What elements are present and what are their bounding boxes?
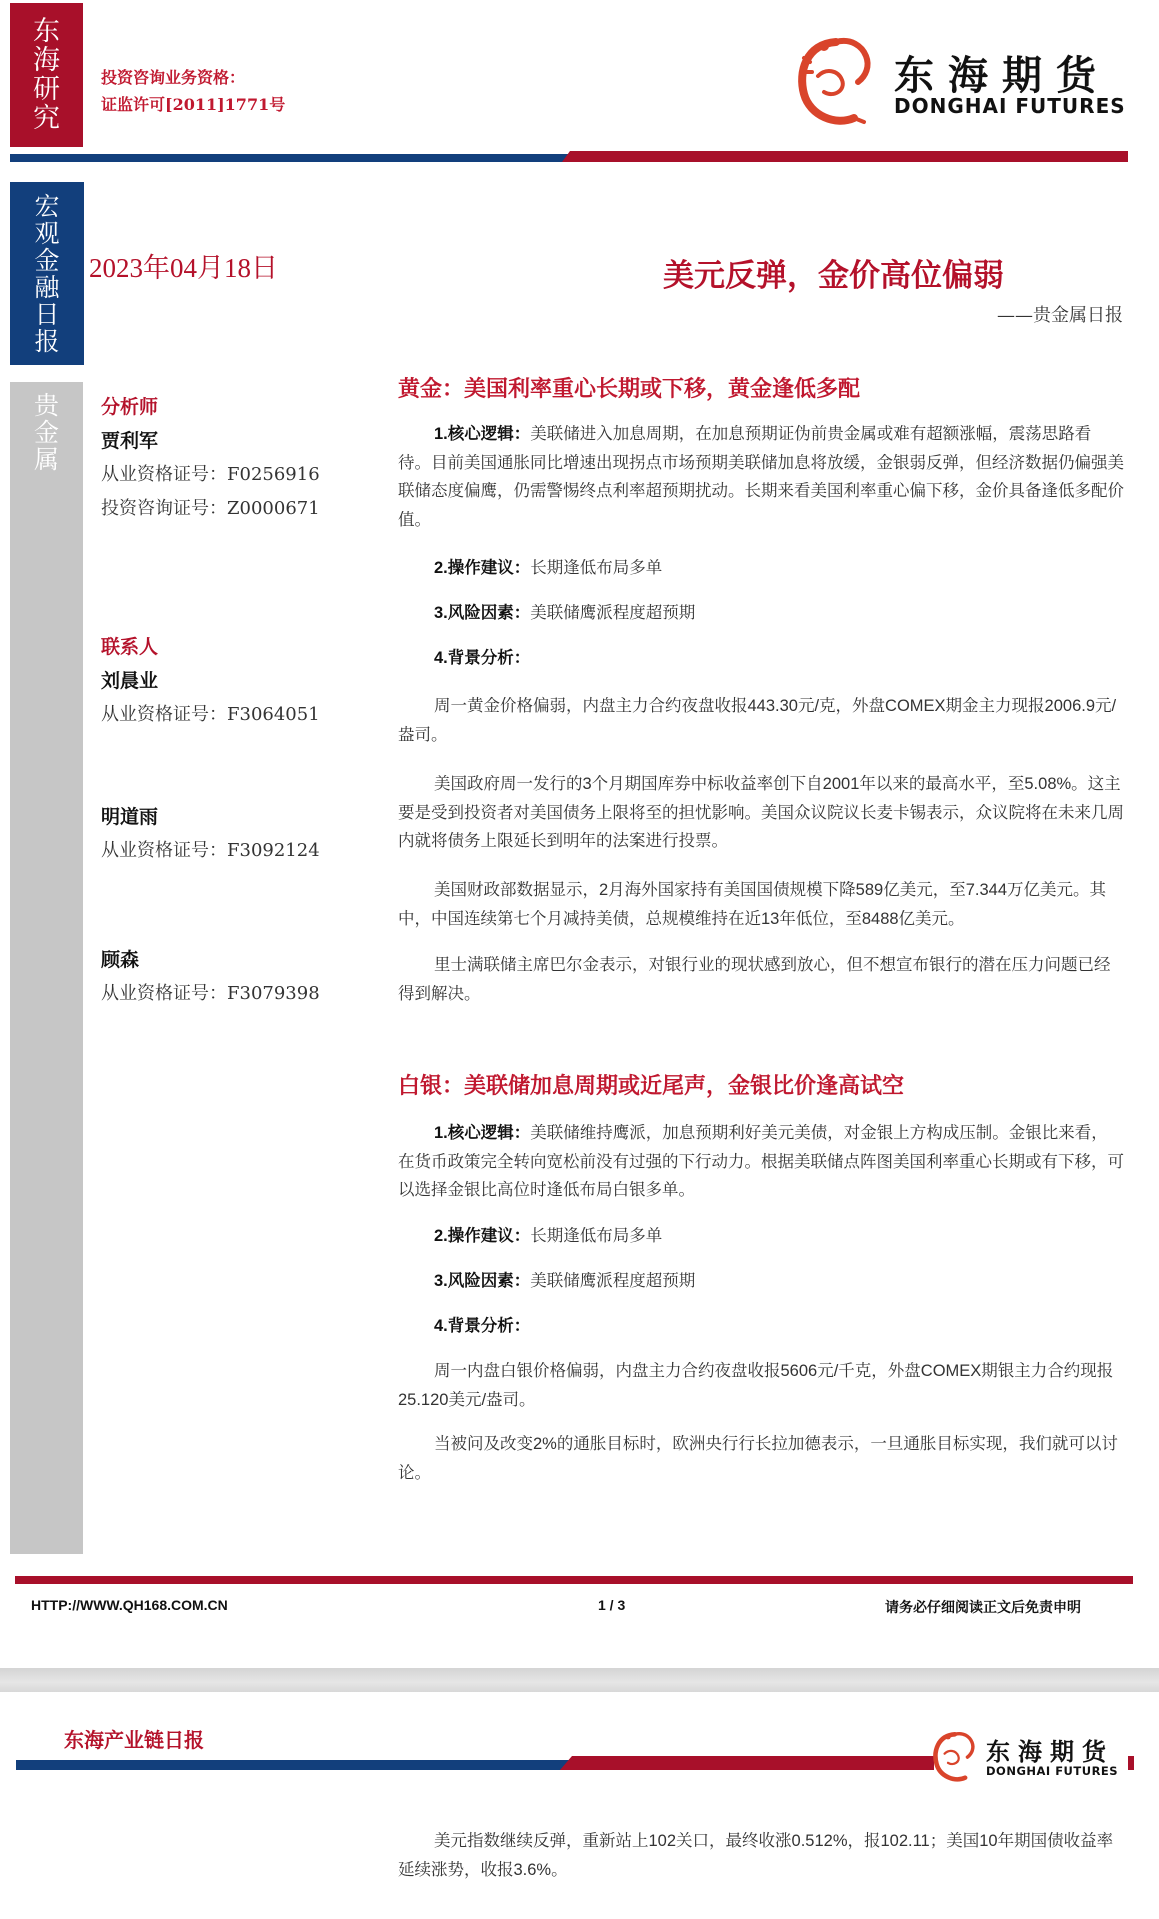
footer-url[interactable]: HTTP://WWW.QH168.COM.CN (31, 1597, 228, 1613)
category-tag: 宏 观 金 融 日 报 (10, 182, 84, 365)
silver-bg-paragraph: 当被问及改变2%的通胀目标时，欧洲央行行长拉加德表示，一旦通胀目标实现，我们就可… (398, 1430, 1124, 1487)
category-tag-char: 观 (34, 220, 59, 247)
paragraph-text: 美元指数继续反弹，重新站上102关口，最终收涨0.512%，报102.11；美国… (398, 1832, 1113, 1879)
sector-tag-char: 贵 (34, 392, 59, 419)
contact-cert: 从业资格证号：F3092124 (101, 836, 320, 870)
gold-risk-text: 美联储鹰派程度超预期 (530, 604, 695, 622)
gold-core-label: 1.核心逻辑： (434, 425, 530, 443)
research-tag: 东 海 研 究 (10, 3, 83, 147)
logo-english-name: DONGHAI FUTURES (986, 1764, 1118, 1778)
silver-background-label: 4.背景分析： (398, 1312, 1124, 1341)
silver-bg-label: 4.背景分析： (434, 1317, 530, 1335)
gold-bg-label: 4.背景分析： (434, 649, 530, 667)
silver-heading: 白银：美联储加息周期或近尾声，金银比价逢高试空 (398, 1069, 904, 1100)
silver-op-label: 2.操作建议： (434, 1227, 530, 1245)
research-tag-char: 海 (33, 46, 60, 75)
paragraph-text: 周一黄金价格偏弱，内盘主力合约夜盘收报443.30元/克，外盘COMEX期金主力… (398, 697, 1116, 744)
sector-tag-char: 金 (34, 419, 59, 446)
license-info: 投资咨询业务资格： 证监许可[2011]1771号 (101, 64, 285, 118)
dragon-logo-icon (932, 1724, 980, 1788)
analyst-cert-1: 从业资格证号：F0256916 (101, 460, 320, 494)
contact-name: 明道雨 (101, 802, 320, 836)
report-date: 2023年04月18日 (89, 246, 278, 285)
page2-divider-red (560, 1756, 934, 1770)
contact-cert: 从业资格证号：F3064051 (101, 700, 320, 734)
dragon-logo-icon (796, 32, 880, 128)
footer-divider (15, 1576, 1133, 1584)
research-tag-char: 东 (33, 17, 60, 46)
license-line-1: 投资咨询业务资格： (101, 64, 285, 91)
sector-tag-char: 属 (34, 446, 59, 473)
contact-block: 明道雨 从业资格证号：F3092124 (101, 802, 320, 870)
gold-core-logic: 1.核心逻辑：美联储进入加息周期，在加息预期证伪前贵金属或难有超额涨幅，震荡思路… (398, 420, 1124, 534)
header-divider-red (562, 151, 1128, 162)
silver-op-text: 长期逢低布局多单 (530, 1227, 662, 1245)
silver-bg-paragraph: 周一内盘白银价格偏弱，内盘主力合约夜盘收报5606元/千克，外盘COMEX期银主… (398, 1357, 1124, 1414)
page-separator (0, 1668, 1159, 1692)
gold-bg-paragraph: 美国财政部数据显示，2月海外国家持有美国国债规模下降589亿美元，至7.344万… (398, 876, 1124, 933)
logo-english-name: DONGHAI FUTURES (894, 94, 1126, 118)
silver-risk: 3.风险因素：美联储鹰派程度超预期 (398, 1267, 1124, 1296)
page-number: 1 / 3 (598, 1597, 625, 1613)
gold-risk: 3.风险因素：美联储鹰派程度超预期 (398, 599, 1124, 628)
analyst-name: 贾利军 (101, 426, 320, 460)
gold-bg-paragraph: 美国政府周一发行的3个月期国库券中标收益率创下自2001年以来的最高水平，至5.… (398, 770, 1124, 856)
gold-heading: 黄金：美国利率重心长期或下移，黄金逢低多配 (398, 372, 860, 403)
page2-header-title: 东海产业链日报 (64, 1724, 204, 1753)
report-title: 美元反弹，金价高位偏弱 (663, 250, 1004, 295)
research-tag-char: 研 (33, 75, 60, 104)
paragraph-text: 当被问及改变2%的通胀目标时，欧洲央行行长拉加德表示，一旦通胀目标实现，我们就可… (398, 1435, 1118, 1482)
footer-disclaimer: 请务必仔细阅读正文后免责申明 (885, 1597, 1081, 1617)
contact-block: 顾森 从业资格证号：F3079398 (101, 945, 320, 1013)
company-logo: 东海期货 DONGHAI FUTURES (796, 32, 1126, 128)
paragraph-text: 美国财政部数据显示，2月海外国家持有美国国债规模下降589亿美元，至7.344万… (398, 881, 1106, 928)
silver-operation: 2.操作建议：长期逢低布局多单 (398, 1222, 1124, 1251)
gold-operation: 2.操作建议：长期逢低布局多单 (398, 554, 1124, 583)
gold-risk-label: 3.风险因素： (434, 604, 530, 622)
gold-bg-paragraph: 里士满联储主席巴尔金表示，对银行业的现状感到放心，但不想宣布银行的潜在压力问题已… (398, 951, 1124, 1008)
silver-core-label: 1.核心逻辑： (434, 1124, 530, 1142)
research-tag-char: 究 (33, 104, 60, 133)
category-tag-char: 日 (34, 301, 59, 328)
paragraph-text: 周一内盘白银价格偏弱，内盘主力合约夜盘收报5606元/千克，外盘COMEX期银主… (398, 1362, 1113, 1409)
analyst-block: 分析师 贾利军 从业资格证号：F0256916 投资咨询证号：Z0000671 (101, 392, 320, 528)
gold-background-label: 4.背景分析： (398, 644, 1124, 673)
contact-cert: 从业资格证号：F3079398 (101, 979, 320, 1013)
silver-risk-label: 3.风险因素： (434, 1272, 530, 1290)
contact-label: 联系人 (101, 632, 320, 666)
category-tag-char: 报 (34, 328, 59, 355)
silver-risk-text: 美联储鹰派程度超预期 (530, 1272, 695, 1290)
category-tag-char: 宏 (34, 193, 59, 220)
page2-divider-blue (16, 1760, 578, 1770)
gold-bg-paragraph: 周一黄金价格偏弱，内盘主力合约夜盘收报443.30元/克，外盘COMEX期金主力… (398, 692, 1124, 749)
gold-op-text: 长期逢低布局多单 (530, 559, 662, 577)
contact-block: 联系人 刘晨业 从业资格证号：F3064051 (101, 632, 320, 734)
page2-logo: 东海期货 DONGHAI FUTURES (932, 1724, 1132, 1790)
category-tag-char: 融 (34, 274, 59, 301)
sector-sidebar (10, 382, 83, 1554)
contact-name: 刘晨业 (101, 666, 320, 700)
license-line-2: 证监许可[2011]1771号 (101, 91, 285, 118)
logo-chinese-name: 东海期货 (894, 44, 1110, 101)
analyst-cert-2: 投资咨询证号：Z0000671 (101, 494, 320, 528)
category-tag-char: 金 (34, 247, 59, 274)
logo-chinese-name: 东海期货 (986, 1732, 1114, 1767)
header-divider-blue (10, 154, 570, 162)
gold-op-label: 2.操作建议： (434, 559, 530, 577)
page2-body-paragraph: 美元指数继续反弹，重新站上102关口，最终收涨0.512%，报102.11；美国… (398, 1827, 1124, 1884)
analyst-label: 分析师 (101, 392, 320, 426)
report-subtitle: ——贵金属日报 (997, 301, 1123, 327)
paragraph-text: 美国政府周一发行的3个月期国库券中标收益率创下自2001年以来的最高水平，至5.… (398, 775, 1124, 850)
contact-name: 顾森 (101, 945, 320, 979)
sector-tag: 贵 金 属 (10, 392, 83, 473)
silver-core-logic: 1.核心逻辑：美联储维持鹰派，加息预期利好美元美债，对金银上方构成压制。金银比来… (398, 1119, 1124, 1205)
paragraph-text: 里士满联储主席巴尔金表示，对银行业的现状感到放心，但不想宣布银行的潜在压力问题已… (398, 956, 1111, 1003)
